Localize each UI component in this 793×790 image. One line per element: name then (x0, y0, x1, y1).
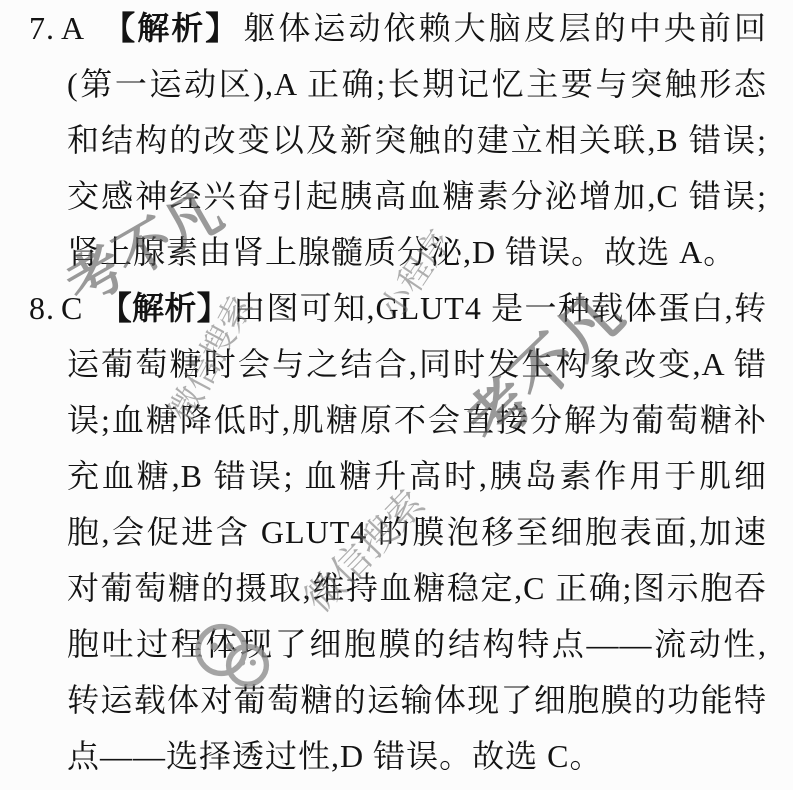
page: 7.A【解析】躯体运动依赖大脑皮层的中央前回(第一运动区),A 正确;长期记忆主… (0, 0, 793, 790)
item-number: 8. (29, 290, 55, 326)
answer-item-8: 8.C【解析】由图可知,GLUT4 是一种载体蛋白,转运葡萄糖时会与之结合,同时… (0, 280, 767, 784)
item-number: 7. (29, 10, 55, 46)
item-marker: 7.A (29, 10, 85, 46)
item-marker: 8.C (29, 290, 83, 326)
answer-explanations: 7.A【解析】躯体运动依赖大脑皮层的中央前回(第一运动区),A 正确;长期记忆主… (0, 0, 793, 784)
analysis-label: 【解析】 (101, 10, 239, 46)
analysis-label: 【解析】 (99, 290, 229, 326)
answer-item-7: 7.A【解析】躯体运动依赖大脑皮层的中央前回(第一运动区),A 正确;长期记忆主… (0, 0, 767, 280)
analysis-text: 躯体运动依赖大脑皮层的中央前回(第一运动区),A 正确;长期记忆主要与突触形态和… (67, 10, 767, 270)
answer-letter: A (61, 10, 85, 46)
answer-letter: C (61, 290, 83, 326)
analysis-text: 由图可知,GLUT4 是一种载体蛋白,转运葡萄糖时会与之结合,同时发生构象改变,… (67, 290, 767, 774)
